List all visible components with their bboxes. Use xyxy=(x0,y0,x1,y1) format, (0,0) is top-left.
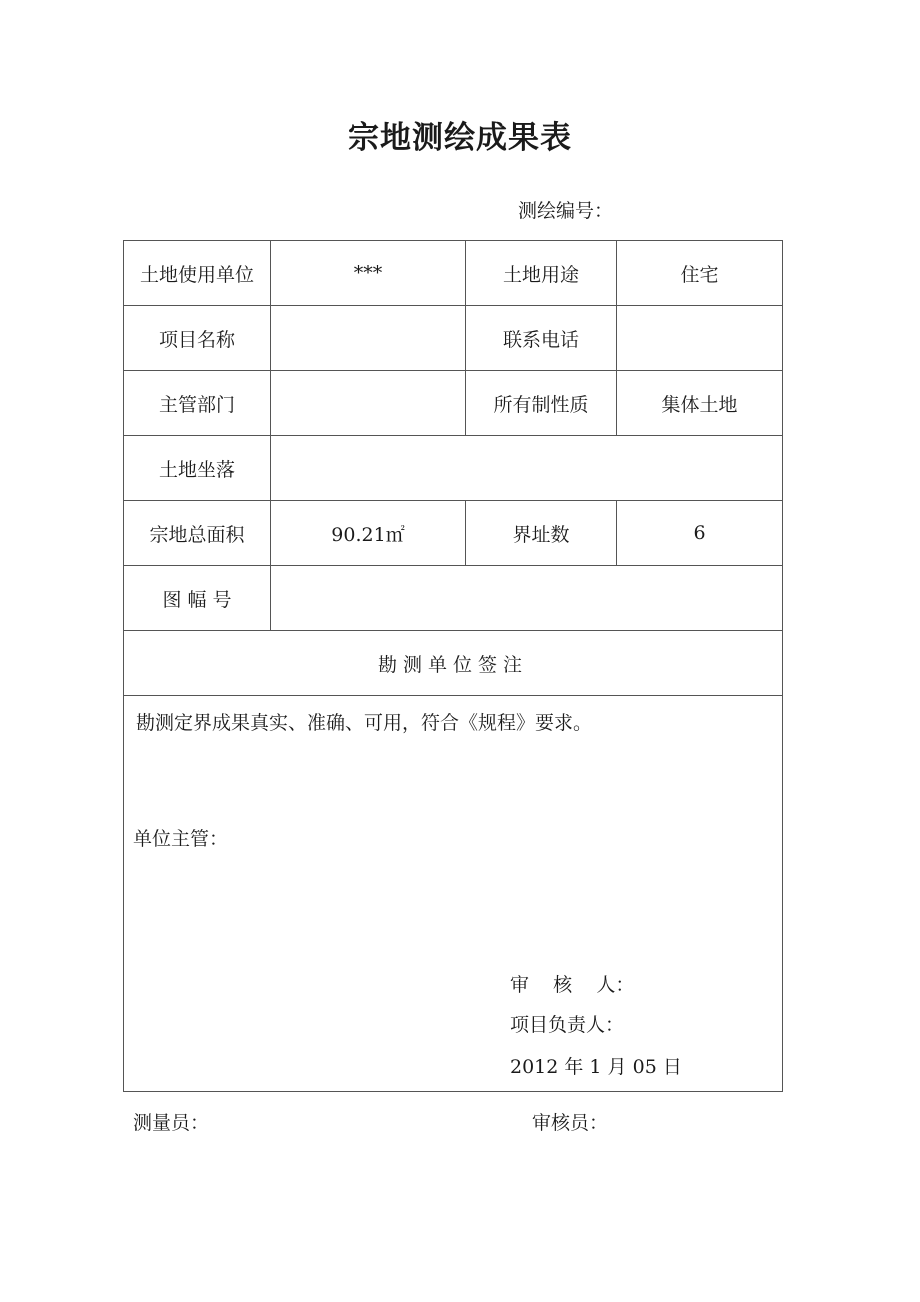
project-name-value xyxy=(271,306,466,371)
surveyor-label: 测量员： xyxy=(133,1108,209,1135)
ownership-label: 所有制性质 xyxy=(466,371,617,436)
phone-label: 联系电话 xyxy=(466,306,617,371)
department-label: 主管部门 xyxy=(124,371,271,436)
section-header: 勘测单位签注 xyxy=(124,631,783,696)
survey-code-label: 测绘编号： xyxy=(518,196,613,223)
map-sheet-label: 图 幅 号 xyxy=(124,566,271,631)
table-row: 土地使用单位 *** 土地用途 住宅 xyxy=(124,241,783,306)
boundary-count-label: 界址数 xyxy=(466,501,617,566)
project-leader-label: 项目负责人： xyxy=(510,1010,624,1037)
total-area-value: 90.21㎡ xyxy=(271,501,466,566)
department-value xyxy=(271,371,466,436)
notes-cell: 勘测定界成果真实、准确、可用，符合《规程》要求。 单位主管： 审 核 人： 项目… xyxy=(124,696,783,1092)
statement-text: 勘测定界成果真实、准确、可用，符合《规程》要求。 xyxy=(136,708,592,735)
map-sheet-value xyxy=(271,566,783,631)
location-label: 土地坐落 xyxy=(124,436,271,501)
table-row: 勘测单位签注 xyxy=(124,631,783,696)
page-title: 宗地测绘成果表 xyxy=(0,112,920,157)
location-value xyxy=(271,436,783,501)
land-user-value: *** xyxy=(271,241,466,306)
table-row: 土地坐落 xyxy=(124,436,783,501)
land-use-value: 住宅 xyxy=(617,241,783,306)
table-row: 宗地总面积 90.21㎡ 界址数 6 xyxy=(124,501,783,566)
date-text: 2012 年 1 月 05 日 xyxy=(510,1052,682,1079)
ownership-value: 集体土地 xyxy=(617,371,783,436)
phone-value xyxy=(617,306,783,371)
project-name-label: 项目名称 xyxy=(124,306,271,371)
land-user-label: 土地使用单位 xyxy=(124,241,271,306)
table-row: 项目名称 联系电话 xyxy=(124,306,783,371)
table-row: 勘测定界成果真实、准确、可用，符合《规程》要求。 单位主管： 审 核 人： 项目… xyxy=(124,696,783,1092)
table-row: 图 幅 号 xyxy=(124,566,783,631)
table-row: 主管部门 所有制性质 集体土地 xyxy=(124,371,783,436)
land-use-label: 土地用途 xyxy=(466,241,617,306)
parcel-survey-table: 土地使用单位 *** 土地用途 住宅 项目名称 联系电话 主管部门 所有制性质 … xyxy=(123,240,783,1092)
total-area-label: 宗地总面积 xyxy=(124,501,271,566)
boundary-count-value: 6 xyxy=(617,501,783,566)
auditor-label: 审核员： xyxy=(532,1108,608,1135)
supervisor-label: 单位主管： xyxy=(133,824,228,851)
reviewer-label: 审 核 人： xyxy=(510,970,634,997)
